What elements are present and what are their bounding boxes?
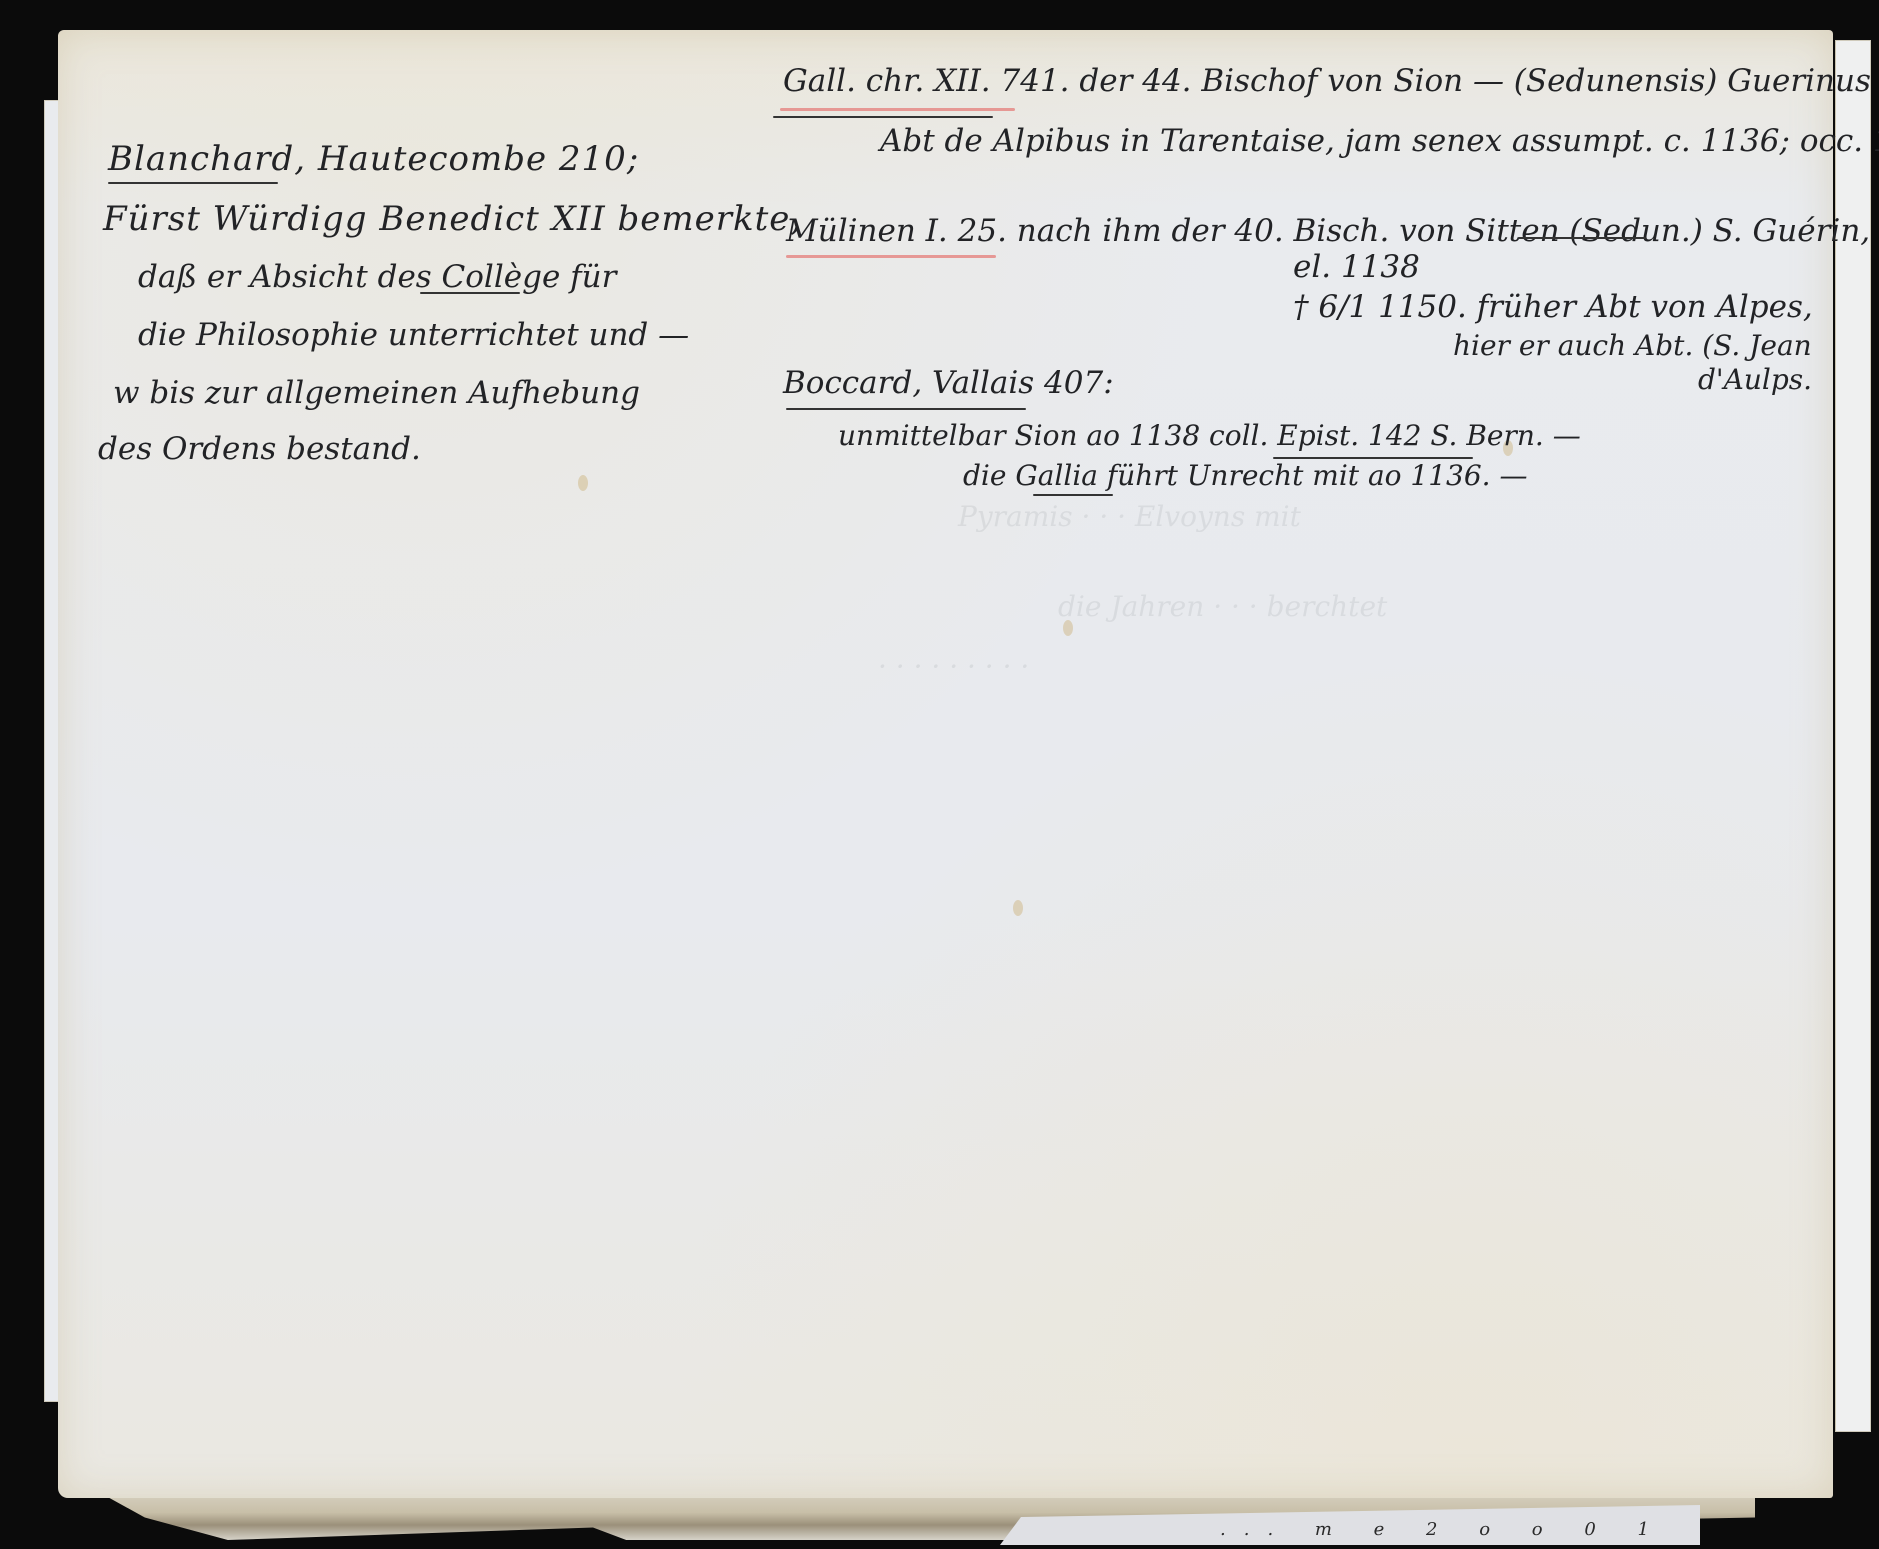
underline-s-guerin — [1518, 237, 1646, 239]
left-note-line-1: Blanchard, Hautecombe 210; — [108, 142, 639, 176]
left-note-line-4: die Philosophie unterrichtet und — — [138, 320, 689, 351]
left-note-line-3: daß er Absicht des Collège für — [138, 262, 616, 293]
underline-gallia-2 — [1033, 494, 1113, 496]
boccard-entry-line-3: die Gallia führt Unrecht mit ao 1136. — — [963, 462, 1527, 490]
mulinen-entry-line-1: Mülinen I. 25. nach ihm der 40. Bisch. v… — [786, 216, 1870, 247]
mulinen-entry-line-2: el. 1138 — [1293, 252, 1420, 283]
underline-gallia — [773, 116, 993, 118]
underline-college — [420, 292, 520, 294]
show-through-text: Pyramis · · · Elvoyns mit — [958, 500, 1301, 533]
underline-blanchard — [108, 182, 278, 184]
gallia-entry-line-1: Gall. chr. XII. 741. der 44. Bischof von… — [783, 66, 1879, 97]
left-note-line-5: w bis zur allgemeinen Aufhebung — [113, 378, 640, 409]
gallia-entry-line-2: Abt de Alpibus in Tarentaise, jam senex … — [880, 126, 1879, 157]
mulinen-entry-line-3: † 6/1 1150. früher Abt von Alpes, — [1293, 292, 1813, 323]
mulinen-entry-line-5: d'Aulps. — [1698, 366, 1812, 394]
foxing-stain — [578, 475, 588, 491]
boccard-entry-line-1: Boccard, Vallais 407: — [783, 368, 1114, 399]
red-underline-gallia — [780, 108, 1015, 111]
boccard-entry-line-2: unmittelbar Sion ao 1138 coll. Epist. 14… — [838, 422, 1581, 450]
underline-boccard — [786, 408, 1026, 410]
left-note-line-2: Fürst Würdigg Benedict XII bemerkte, — [103, 202, 802, 236]
show-through-text: · · · · · · · · · — [878, 650, 1029, 683]
manuscript-page: Pyramis · · · Elvoyns mit die Jahren · ·… — [58, 30, 1833, 1498]
red-underline-mulinen — [786, 255, 996, 258]
show-through-text: die Jahren · · · berchtet — [1058, 590, 1387, 623]
foxing-stain — [1013, 900, 1023, 916]
left-note-line-6: des Ordens bestand. — [98, 434, 421, 465]
mulinen-entry-line-4: hier er auch Abt. (S. Jean — [1453, 332, 1812, 360]
foxing-stain — [1063, 620, 1073, 636]
